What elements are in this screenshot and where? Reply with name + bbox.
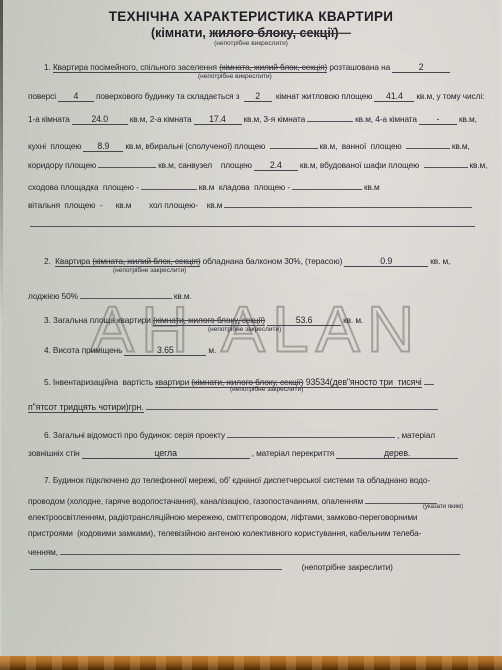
text-segment: кв.м, 4-а кімната <box>355 114 417 124</box>
document-header: ТЕХНІЧНА ХАРАКТЕРИСТИКА КВАРТИРИ (кімнат… <box>0 0 502 47</box>
text-segment: (непотрібне викреслити) <box>198 73 272 80</box>
clause4-line1: 4. Висота приміщень3.65м. <box>28 345 490 355</box>
text-segment: кв.м, у тому числі: <box>416 91 484 101</box>
text-segment: 5. Інвентаризаційна вартість <box>44 377 155 387</box>
text-segment: кв.м, <box>470 160 488 170</box>
clause1-line2: поверсі4поверхового будинку та складаєть… <box>28 91 490 101</box>
text-segment: 6. Загальні відомості про будинок: серія… <box>44 430 225 440</box>
text-segment: лоджією 50% <box>28 291 78 301</box>
table-surface <box>0 656 502 670</box>
blank-field <box>30 217 475 227</box>
clause7-line2: проводом (холодне, гаряче водопостачання… <box>28 494 490 504</box>
text-segment: пристроями (кодовими замками), телевізій… <box>28 528 421 538</box>
filled-value: 53.6 <box>267 315 341 326</box>
blank-field <box>80 289 172 299</box>
filled-value: цегла <box>82 448 250 459</box>
blank-field <box>141 180 197 190</box>
text-segment: кв. м. <box>343 315 363 325</box>
text-segment: 7. Будинок підключено до телефонної мере… <box>44 475 430 485</box>
clause7-crossout-note-line: (непотрібне закреслити) <box>28 560 490 570</box>
text-segment: (указати яким) <box>423 504 463 510</box>
filled-text: 93534(дев"яносто три тисячі <box>303 377 421 388</box>
crossed-out-text: (кімната, жилий блок, секція) <box>92 256 200 267</box>
text-segment: кв.м, ванної площею <box>320 141 404 151</box>
filled-value: 0.9 <box>344 256 428 267</box>
text-segment: коридору площею <box>28 160 96 170</box>
filled-value: 24.0 <box>72 114 128 125</box>
text-segment: кв.м, вбиральні (сполученої) площею <box>125 141 267 151</box>
filled-value: 2.4 <box>254 160 298 171</box>
clause1-line6: сходова площадка площею -кв.м кладова пл… <box>28 180 490 190</box>
filled-value: 17.4 <box>194 114 242 125</box>
blank-field <box>98 158 156 168</box>
blank-rule-line <box>28 217 490 227</box>
blank-field <box>365 494 437 504</box>
filled-value: - <box>419 114 457 125</box>
text-segment: проводом (холодне, гаряче водопостачання… <box>28 496 363 506</box>
text-segment: , матеріал перекриття <box>252 448 335 458</box>
text-segment: кв.м кладова площею - <box>199 182 290 192</box>
clause1-line3: 1-а кімната24.0кв.м, 2-а кімната17.4кв.м… <box>28 112 490 122</box>
clause1-line4: кухні площею8.9кв.м, вбиральні (сполучен… <box>28 139 490 149</box>
clause1-line7: вітальня площею - кв.м хол площею- кв.м <box>28 198 490 208</box>
text-segment: 1. <box>44 62 53 72</box>
text-segment: кв. м, <box>430 256 450 266</box>
underlined-text: Квартира посімейного, спільного заселенн… <box>53 62 219 73</box>
blank-field <box>224 198 472 208</box>
text-segment: ченням, <box>28 547 58 557</box>
clause2-crossout-note: (непотрібне закреслити) <box>28 267 490 275</box>
text-segment: поверхового будинку та складається з <box>96 91 242 101</box>
clause2-line1: 2. Квартира (кімната, жилий блок, секція… <box>28 256 490 266</box>
clause7-line3: електроосвітленням, радіотрансляційною м… <box>28 512 490 522</box>
clause7-line1: 7. Будинок підключено до телефонної мере… <box>28 475 490 485</box>
clause5-line1: 5. Інвентаризаційна вартість квартири (к… <box>28 375 490 385</box>
text-segment: кімнат житловою площею <box>274 91 373 101</box>
text-segment: , матеріал <box>397 430 435 440</box>
clause1-line5: коридору площеюкв.м, санвузел площею2.4к… <box>28 158 490 168</box>
text-segment: м. <box>208 345 216 355</box>
blank-field <box>227 428 395 438</box>
subtitle-text: (кімнати, <box>151 26 209 40</box>
clause2-line2: лоджією 50%кв.м. <box>28 289 490 299</box>
text-segment: (непотрібне закреслити) <box>230 386 303 393</box>
form-body: 1. Квартира посімейного, спільного засел… <box>0 46 502 570</box>
text-segment: 4. Висота приміщень <box>44 345 122 355</box>
filled-value: 41.4 <box>374 91 414 102</box>
blank-field <box>270 139 318 149</box>
blank-field <box>406 139 450 149</box>
subtitle-struck-text: жилого блоку, секції)— <box>209 26 351 40</box>
blank-field <box>146 400 438 410</box>
clause7-line4: пристроями (кодовими замками), телевізій… <box>28 528 490 538</box>
text-segment: сходова площадка площею - <box>28 182 139 192</box>
text-segment: кухні площею <box>28 141 81 151</box>
clause1-line1: 1. Квартира посімейного, спільного засел… <box>28 62 490 72</box>
blank-field <box>60 545 460 555</box>
filled-value: 2 <box>244 91 272 102</box>
filled-value: 4 <box>58 91 94 102</box>
filled-value: 2 <box>392 62 450 73</box>
blank-field <box>424 158 468 168</box>
text-segment: вітальня площею - кв.м хол площею- кв.м <box>28 200 222 210</box>
filled-text: п"ятсот тридцять чотири)грн. <box>28 402 144 413</box>
text-segment: кв.м, <box>459 114 477 124</box>
blank-field <box>424 375 434 385</box>
text-segment: кв.м, санвузел площею <box>158 160 252 170</box>
text-segment: кв.м, 3-я кімната <box>244 114 306 124</box>
underlined-text: квартири <box>155 377 191 388</box>
clause6-line2: зовнішніх стінцегла, матеріал перекриття… <box>28 448 490 458</box>
crossed-out-text: (кімната, жилий блок, секція) <box>219 62 327 73</box>
clause5-line2: п"ятсот тридцять чотири)грн. <box>28 400 490 410</box>
text-segment: (непотрібне закреслити) <box>113 267 186 274</box>
blank-field <box>307 112 353 122</box>
filled-value: 8.9 <box>83 141 123 152</box>
document-title: ТЕХНІЧНА ХАРАКТЕРИСТИКА КВАРТИРИ <box>0 9 502 24</box>
text-segment: кв.м. <box>174 291 192 301</box>
text-segment: 1-а кімната <box>28 114 70 124</box>
text-segment: зовнішніх стін <box>28 448 80 458</box>
text-segment: кв.м, 2-а кімната <box>130 114 192 124</box>
clause6-line1: 6. Загальні відомості про будинок: серія… <box>28 428 490 438</box>
document-subtitle: (кімнати, жилого блоку, секції)— <box>0 26 502 40</box>
blank-field <box>292 180 362 190</box>
text-segment: кв.м, <box>452 141 470 151</box>
clause3-crossout-note: (непотрібне закреслити) <box>28 326 490 334</box>
underlined-text: Квартира <box>55 256 92 267</box>
text-segment: кв.м, вбудованої шафи площею <box>300 160 422 170</box>
blank-field <box>30 560 282 570</box>
filled-value: дерев. <box>336 448 458 459</box>
clause3-line1: 3. Загальна площа квартири (кімнати, жил… <box>28 315 490 325</box>
text-segment: розташована на <box>327 62 390 72</box>
text-segment: кв.м <box>364 182 380 192</box>
filled-value: 3.65 <box>124 345 206 356</box>
text-segment: (непотрібне закреслити) <box>208 326 281 333</box>
photographed-document: АН ALAN ТЕХНІЧНА ХАРАКТЕРИСТИКА КВАРТИРИ… <box>0 0 502 670</box>
text-segment: обладнана балконом 30%, (терасою) <box>200 256 342 266</box>
text-segment: поверсі <box>28 91 56 101</box>
text-segment: 2. <box>44 256 55 266</box>
text-segment: (непотрібне закреслити) <box>284 562 393 572</box>
clause1-crossout-note: (непотрібне викреслити) <box>28 73 490 81</box>
crossed-out-text: (кімнати, жилого блоку, секції) <box>153 315 265 326</box>
text-segment: електроосвітленням, радіотрансляційною м… <box>28 512 417 522</box>
text-segment: 3. Загальна площа квартири <box>44 315 153 325</box>
clause7-line5: ченням, <box>28 545 490 555</box>
